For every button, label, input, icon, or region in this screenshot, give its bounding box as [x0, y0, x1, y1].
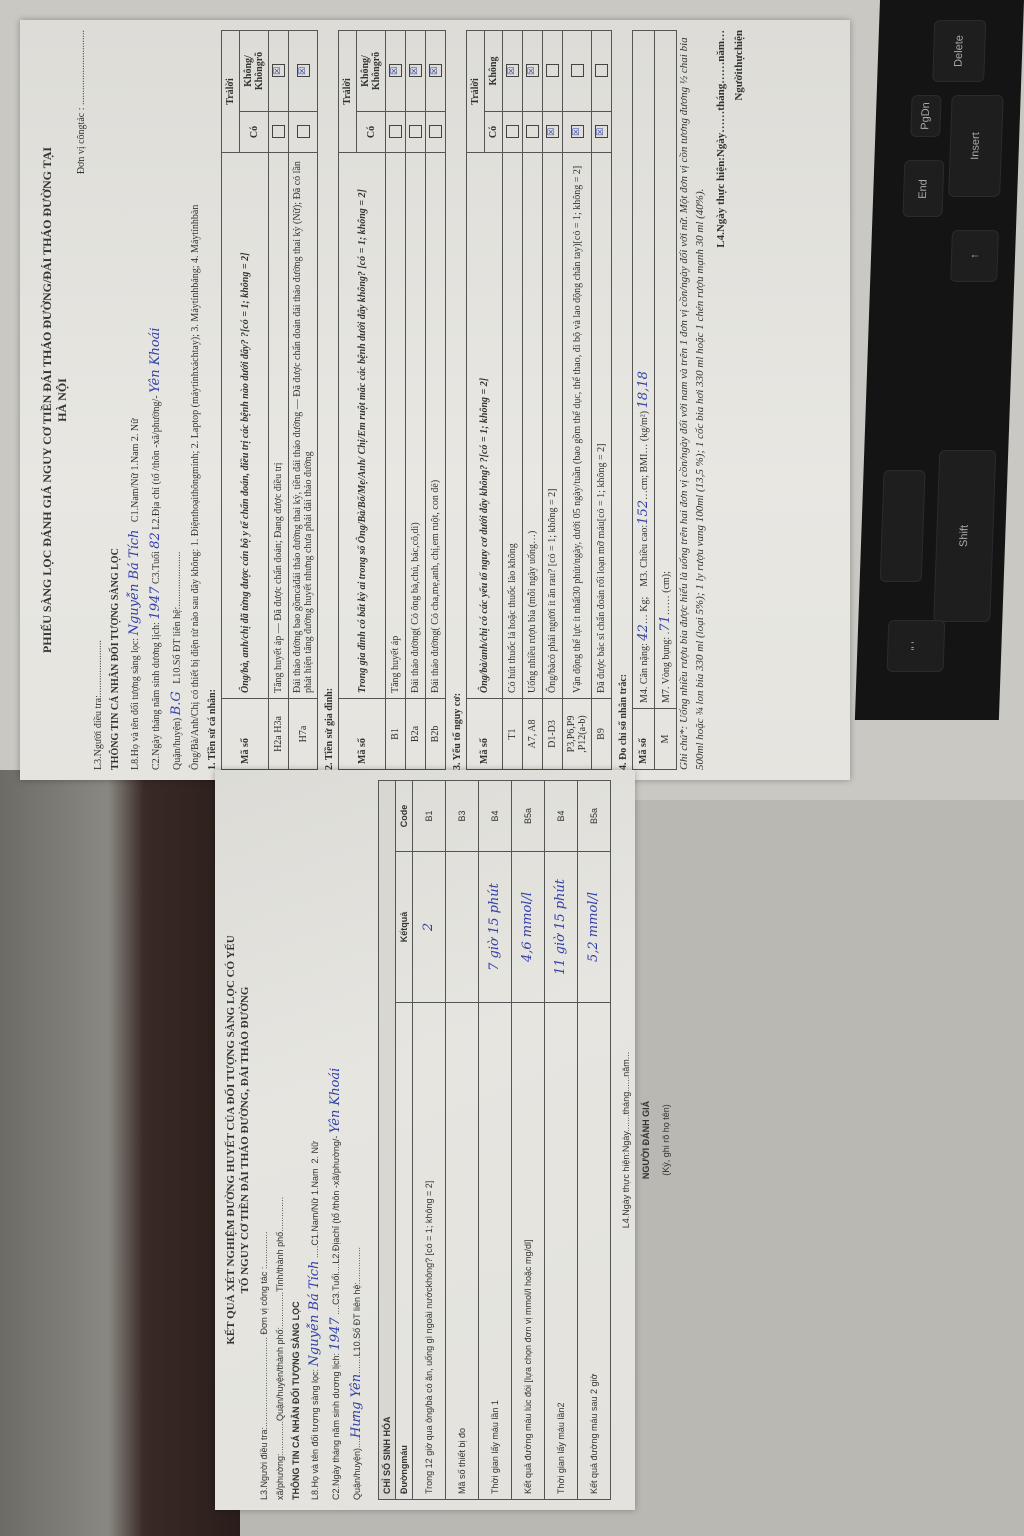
- key-blank: [880, 470, 926, 582]
- assessor-sign-hint: (Ký, ghi rõ họ tên): [661, 780, 671, 1500]
- district-field[interactable]: Quận/huyện)....Hưng Yên.......L10.Số ĐT …: [349, 780, 364, 1500]
- section2-title: 2. Tiền sử gia đình:: [324, 30, 335, 770]
- laptop-edge: [0, 770, 240, 1536]
- table-row: B2bĐái tháo đường( Có cha,mẹ,anh, chị,em…: [426, 31, 446, 770]
- yes-checkbox[interactable]: [409, 126, 422, 139]
- performer-label: Ngườithựchiện: [733, 30, 745, 770]
- result-field[interactable]: 2: [412, 852, 445, 1003]
- yes-checkbox[interactable]: [429, 126, 442, 139]
- biochemistry-table: CHỈ SỐ SINH HÓAĐườngmáuKếtquảCodeTrong 1…: [378, 780, 611, 1500]
- personal-history-table: Mã sốÔng/bà, anh/chị đã từng được cán bộ…: [221, 30, 318, 770]
- yes-checkbox[interactable]: [506, 126, 519, 139]
- name-field[interactable]: L8.Họ và tên đối tượng sàng lọc: Nguyễn …: [307, 780, 322, 1500]
- screening-form-content: PHIẾU SÀNG LỌC ĐÁNH GIÁ NGUY CƠ TIỀN ĐÁI…: [40, 30, 840, 770]
- no-checkbox[interactable]: ☒: [389, 65, 402, 78]
- device-question[interactable]: Ông/Bà/Anh/Chị có thiết bị điện tử nào s…: [190, 30, 201, 770]
- table-row: D1-D3Ông/bàcó phải người ít ăn rau? [có …: [543, 31, 563, 770]
- waist-row[interactable]: M7. Vòng bụng: .71…… (cm);: [655, 31, 677, 709]
- table-row: Trong 12 giờ qua ông/bà có ăn, uống gì n…: [412, 781, 445, 1500]
- alcohol-note: Ghi chú*: Uống nhiều rượu bia được hiểu …: [677, 30, 709, 770]
- no-checkbox[interactable]: [595, 65, 608, 78]
- yes-checkbox[interactable]: [272, 126, 285, 139]
- anthropometric-table: Mã số M4. Cân nặng: 42… Kg; M3. Chiều ca…: [632, 30, 677, 770]
- result-field[interactable]: 11 giờ 15 phút: [544, 852, 577, 1003]
- dob-field[interactable]: C2.Ngày tháng năm sinh dương lịch: 1947 …: [328, 780, 343, 1500]
- no-checkbox[interactable]: ☒: [272, 65, 285, 78]
- no-checkbox[interactable]: ☒: [409, 65, 422, 78]
- table-row: B9Đã được bác sĩ chẩn đoán rối loạn mỡ m…: [592, 31, 612, 770]
- blood-glucose-form: KẾT QUẢ XÉT NGHIỆM ĐƯỜNG HUYẾT CỦA ĐỐI T…: [215, 770, 635, 1510]
- keyboard: Delete PgDn Insert End ↑ Shift " ': [855, 0, 1024, 720]
- personal-info-heading: THÔNG TIN CÁ NHÂN ĐỐI TƯỢNG SÀNG LỌC: [110, 30, 121, 770]
- table-row: B1Tăng huyết áp☒: [386, 31, 406, 770]
- date-field[interactable]: L4.Ngày thực hiện:Ngày……tháng……năm…: [715, 30, 727, 770]
- workplace-field: Đơn vị côngtác : .......................…: [76, 30, 87, 770]
- form-title: KẾT QUẢ XÉT NGHIỆM ĐƯỜNG HUYẾT CỦA ĐỐI T…: [225, 780, 253, 1500]
- yes-checkbox[interactable]: [297, 126, 310, 139]
- date-field[interactable]: L4.Ngày thực hiện:Ngày.......tháng......…: [621, 780, 631, 1500]
- result-field[interactable]: [445, 852, 478, 1003]
- key-end: End: [902, 160, 944, 217]
- table-row: A7, A8Uống nhiều rượu bia (mỗi ngày uống…: [523, 31, 543, 770]
- section3-title: 3. Yếu tố nguy cơ:: [452, 30, 463, 770]
- surveyor-field: L3.Người điều tra:......................: [93, 30, 104, 770]
- no-checkbox[interactable]: [546, 65, 559, 78]
- personal-info-heading: THÔNG TIN CÁ NHÂN ĐỐI TƯỢNG SÀNG LỌC: [291, 780, 301, 1500]
- table-row: H2a H3aTăng huyết áp — Đã được chẩn đoán…: [269, 31, 289, 770]
- table-row: B2aĐái tháo đường( Có ông bà,chú, bác,cô…: [406, 31, 426, 770]
- address-field[interactable]: xã/phường:.............Quận/huyện/thành …: [275, 780, 285, 1500]
- table-row: H7aĐái tháo đường bao gồmcảđái tháo đườn…: [289, 31, 318, 770]
- form-title: PHIẾU SÀNG LỌC ĐÁNH GIÁ NGUY CƠ TIỀN ĐÁI…: [40, 30, 70, 770]
- key-insert: Insert: [948, 95, 1004, 197]
- key-arrow-up: ↑: [950, 230, 999, 282]
- dob-field[interactable]: C2.Ngày tháng năm sinh dương lịch: 1947 …: [148, 30, 163, 770]
- table-row: Kết quả đường máu lúc đói [lựa chọn đơn …: [511, 781, 544, 1500]
- district-field[interactable]: Quận/huyện) B.G L10.Số ĐT liên hệ:......…: [169, 30, 184, 770]
- no-checkbox[interactable]: ☒: [506, 65, 519, 78]
- yes-checkbox[interactable]: ☒: [595, 126, 608, 139]
- family-history-table: Mã sốTrong gia đình có bất kỳ ai trong s…: [338, 30, 446, 770]
- yes-checkbox[interactable]: [389, 126, 402, 139]
- no-checkbox[interactable]: ☒: [429, 65, 442, 78]
- key-quote: " ': [887, 620, 946, 672]
- name-field[interactable]: L8.Họ và tên đối tượng sàng lọc: Nguyễn …: [127, 30, 142, 770]
- table-row: Mã số thiết bị đoB3: [445, 781, 478, 1500]
- table-row: P3,P6,P9 ,P12(a-b)Vận động thể lực ít nh…: [563, 31, 592, 770]
- yes-checkbox[interactable]: ☒: [546, 126, 559, 139]
- result-field[interactable]: 5,2 mmol/l: [577, 852, 610, 1003]
- no-checkbox[interactable]: [571, 65, 584, 78]
- table-row: T1Có hút thuốc lá hoặc thuốc lào không☒: [503, 31, 523, 770]
- section1-title: 1. Tiền sử cá nhân:: [207, 30, 218, 770]
- risk-factors-table: Mã sốÔng/bà/anh/chị có các yếu tố nguy c…: [466, 30, 612, 770]
- yes-checkbox[interactable]: ☒: [571, 126, 584, 139]
- table-row: Thời gian lấy máu lần 17 giờ 15 phútB4: [478, 781, 511, 1500]
- no-checkbox[interactable]: ☒: [297, 65, 310, 78]
- table-row: Thời gian lấy máu lần211 giờ 15 phútB4: [544, 781, 577, 1500]
- key-delete: Delete: [932, 20, 986, 82]
- assessor-label: NGƯỜI ĐÁNH GIÁ: [641, 780, 651, 1500]
- key-shift: Shift: [933, 450, 996, 622]
- screening-form: PHIẾU SÀNG LỌC ĐÁNH GIÁ NGUY CƠ TIỀN ĐÁI…: [20, 20, 850, 780]
- no-checkbox[interactable]: ☒: [526, 65, 539, 78]
- table-row: Kết quả đường máu sau 2 giờ5,2 mmol/lB5a: [577, 781, 610, 1500]
- section4-title: 4. Đo chỉ số nhân trắc:: [618, 30, 629, 770]
- surveyor-field[interactable]: L3.Người điều tra:......................…: [259, 780, 269, 1500]
- key-pgdn: PgDn: [910, 95, 941, 137]
- weight-height-row[interactable]: M4. Cân nặng: 42… Kg; M3. Chiều cao:152……: [633, 31, 655, 709]
- result-field[interactable]: 7 giờ 15 phút: [478, 852, 511, 1003]
- blood-glucose-form-content: KẾT QUẢ XÉT NGHIỆM ĐƯỜNG HUYẾT CỦA ĐỐI T…: [225, 780, 625, 1500]
- yes-checkbox[interactable]: [526, 126, 539, 139]
- result-field[interactable]: 4,6 mmol/l: [511, 852, 544, 1003]
